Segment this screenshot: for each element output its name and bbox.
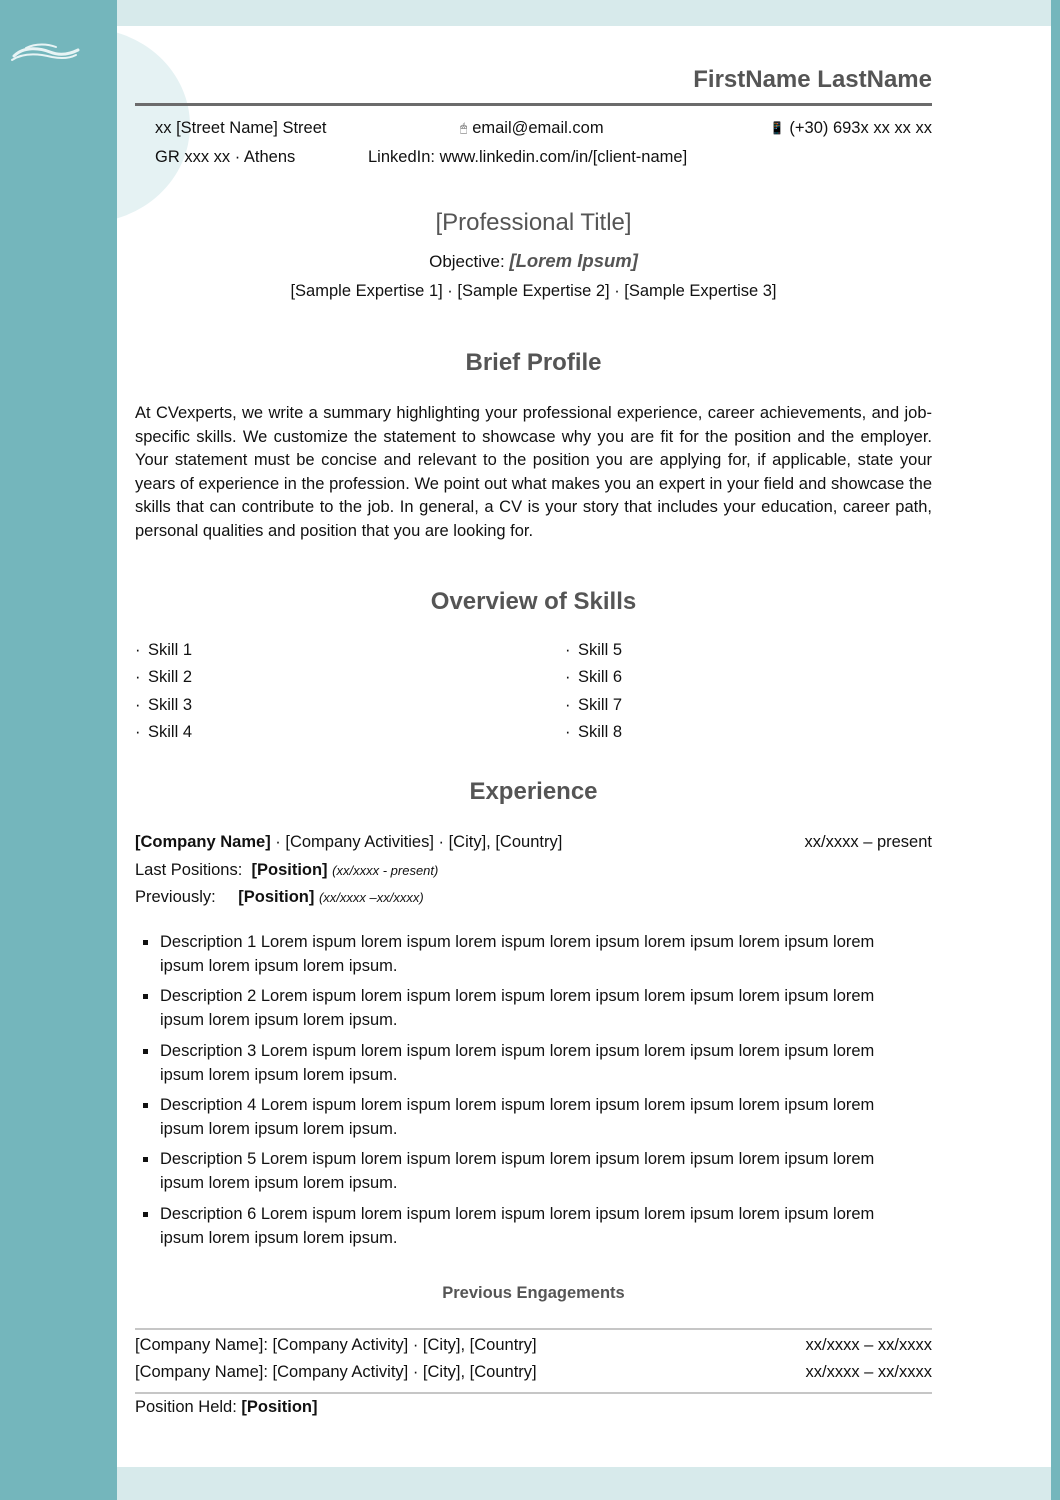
description-item: Description 1 Lorem ispum lorem ispum lo… (160, 930, 920, 978)
wave-logo-icon (10, 40, 80, 66)
brief-profile-heading: Brief Profile (135, 349, 932, 377)
description-text: Description 3 Lorem ispum lorem ispum lo… (160, 1042, 874, 1084)
square-bullet-icon (143, 994, 148, 999)
last-position-dates: (xx/xxxx - present) (332, 863, 438, 878)
description-item: Description 6 Lorem ispum lorem ispum lo… (160, 1202, 920, 1250)
engagements-top-divider (135, 1328, 932, 1330)
engagement-row: [Company Name]: [Company Activity] · [Ci… (135, 1336, 932, 1355)
previous-position-dates: (xx/xxxx –xx/xxxx) (319, 890, 424, 905)
expertise-line: [Sample Expertise 1] · [Sample Expertise… (135, 282, 932, 301)
linkedin-link[interactable]: www.linkedin.com/in/[client-name] (440, 148, 688, 166)
brief-profile-text: At CVexperts, we write a summary highlig… (135, 402, 932, 543)
description-text: Description 6 Lorem ispum lorem ispum lo… (160, 1205, 874, 1247)
skill-label: Skill 1 (148, 641, 192, 659)
skill-label: Skill 5 (578, 641, 622, 659)
bullet-icon: · (565, 696, 578, 715)
square-bullet-icon (143, 1103, 148, 1108)
description-item: Description 2 Lorem ispum lorem ispum lo… (160, 984, 920, 1032)
bullet-icon: · (135, 696, 148, 715)
engagement-company: [Company Name]: [Company Activity] · [Ci… (135, 1363, 537, 1381)
bullet-icon: · (565, 723, 578, 742)
last-position: [Position] (251, 861, 327, 879)
linkedin-contact: LinkedIn: www.linkedin.com/in/[client-na… (368, 148, 687, 167)
experience-heading: Experience (135, 778, 932, 806)
experience-date-range: xx/xxxx – present (805, 833, 932, 852)
skill-item: ·Skill 3 (135, 696, 192, 715)
skills-heading: Overview of Skills (135, 588, 932, 616)
position-held-value: [Position] (241, 1398, 317, 1416)
previously-line: Previously: [Position] (xx/xxxx –xx/xxxx… (135, 888, 424, 907)
skill-item: ·Skill 8 (565, 723, 622, 742)
last-positions-label: Last Positions: (135, 861, 242, 879)
skill-label: Skill 6 (578, 668, 622, 686)
engagement-company: [Company Name]: [Company Activity] · [Ci… (135, 1336, 537, 1354)
engagement-dates: xx/xxxx – xx/xxxx (805, 1363, 932, 1382)
bullet-icon: · (135, 723, 148, 742)
objective-value: [Lorem Ipsum] (509, 250, 637, 271)
phone-contact: 📱(+30) 693x xx xx xx (769, 119, 932, 138)
square-bullet-icon (143, 1212, 148, 1217)
square-bullet-icon (143, 1157, 148, 1162)
left-accent-band (0, 0, 117, 1500)
previous-engagements-heading: Previous Engagements (135, 1284, 932, 1303)
description-text: Description 4 Lorem ispum lorem ispum lo… (160, 1096, 874, 1138)
position-held-line: Position Held: [Position] (135, 1398, 932, 1417)
description-item: Description 4 Lorem ispum lorem ispum lo… (160, 1093, 920, 1141)
header-divider (135, 103, 932, 106)
bullet-icon: · (565, 668, 578, 687)
position-held-label: Position Held: (135, 1398, 237, 1416)
professional-title: [Professional Title] (135, 209, 932, 237)
description-item: Description 3 Lorem ispum lorem ispum lo… (160, 1039, 920, 1087)
address-line-2: GR xxx xx · Athens (155, 148, 295, 167)
previous-position: [Position] (238, 888, 314, 906)
skill-label: Skill 2 (148, 668, 192, 686)
skill-label: Skill 3 (148, 696, 192, 714)
right-accent-band (1051, 0, 1060, 1500)
engagement-dates: xx/xxxx – xx/xxxx (805, 1336, 932, 1355)
email-contact: 🖱email@email.com (460, 119, 604, 138)
previously-label: Previously: (135, 888, 216, 906)
bullet-icon: · (135, 668, 148, 687)
square-bullet-icon (143, 940, 148, 945)
bullet-icon: · (135, 641, 148, 660)
description-text: Description 5 Lorem ispum lorem ispum lo… (160, 1150, 874, 1192)
objective-label: Objective: (429, 252, 505, 271)
skill-item: ·Skill 4 (135, 723, 192, 742)
email-link[interactable]: email@email.com (472, 119, 603, 137)
company-name: [Company Name] (135, 833, 271, 851)
phone-number: (+30) 693x xx xx xx (789, 119, 932, 137)
skill-label: Skill 7 (578, 696, 622, 714)
skill-item: ·Skill 2 (135, 668, 192, 687)
bullet-icon: · (565, 641, 578, 660)
address-line-1: xx [Street Name] Street (155, 119, 326, 138)
candidate-name: FirstName LastName (693, 66, 932, 94)
skill-label: Skill 8 (578, 723, 622, 741)
engagement-row: [Company Name]: [Company Activity] · [Ci… (135, 1363, 932, 1382)
last-positions-line: Last Positions: [Position] (xx/xxxx - pr… (135, 861, 438, 880)
skill-label: Skill 4 (148, 723, 192, 741)
company-details: · [Company Activities] · [City], [Countr… (271, 833, 563, 851)
skill-item: ·Skill 7 (565, 696, 622, 715)
experience-company-line: [Company Name] · [Company Activities] · … (135, 833, 562, 852)
linkedin-label: LinkedIn: (368, 148, 435, 166)
engagements-bottom-divider (135, 1392, 932, 1394)
description-text: Description 2 Lorem ispum lorem ispum lo… (160, 987, 874, 1029)
mobile-phone-icon: 📱 (769, 121, 784, 135)
description-text: Description 1 Lorem ispum lorem ispum lo… (160, 933, 874, 975)
objective: Objective: [Lorem Ipsum] (135, 250, 932, 272)
skill-item: ·Skill 1 (135, 641, 192, 660)
skill-item: ·Skill 5 (565, 641, 622, 660)
square-bullet-icon (143, 1049, 148, 1054)
description-item: Description 5 Lorem ispum lorem ispum lo… (160, 1147, 920, 1195)
resume-page: FirstName LastName xx [Street Name] Stre… (135, 0, 932, 1500)
mouse-icon: 🖱 (460, 121, 467, 136)
skill-item: ·Skill 6 (565, 668, 622, 687)
